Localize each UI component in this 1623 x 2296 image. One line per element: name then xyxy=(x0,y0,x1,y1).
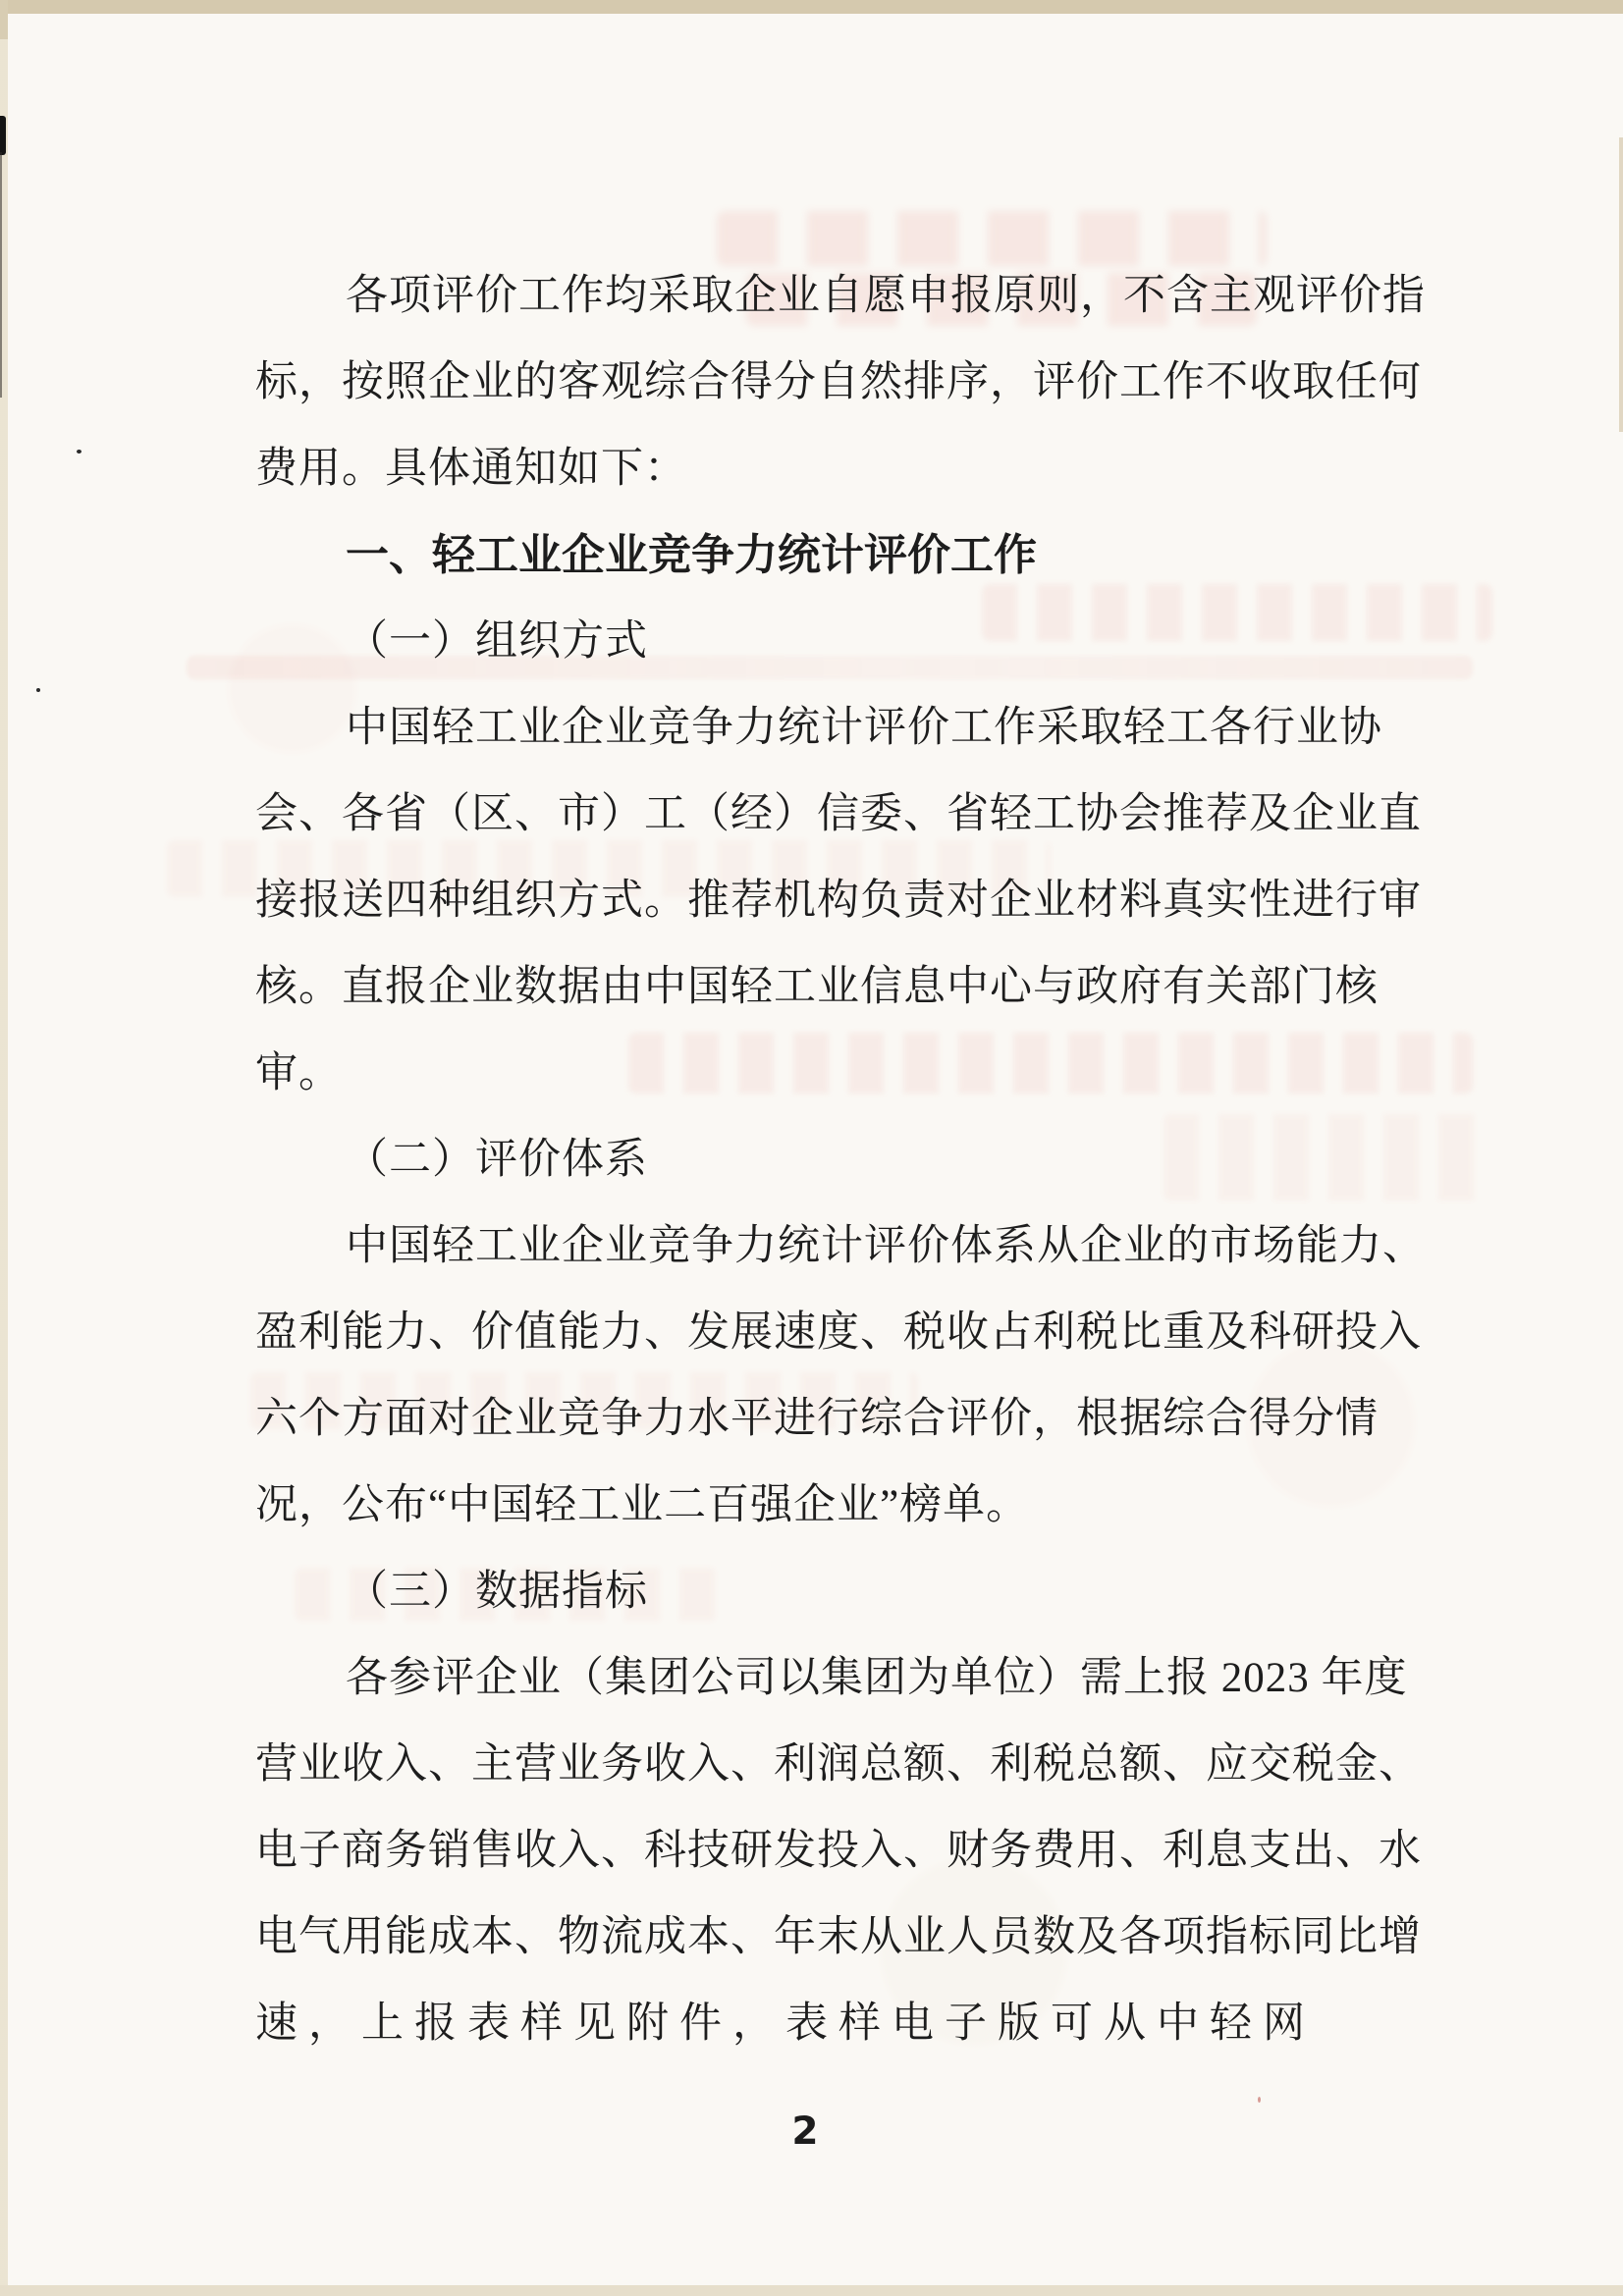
scan-edge-artifact-bottom xyxy=(0,2285,1623,2296)
doc-line: 电子商务销售收入、科技研发投入、财务费用、利息支出、水 xyxy=(255,1808,1389,1895)
doc-line: 六个方面对企业竞争力水平进行综合评价，根据综合得分情 xyxy=(255,1376,1389,1463)
doc-line: 中国轻工业企业竞争力统计评价体系从企业的市场能力、 xyxy=(255,1203,1389,1290)
subsection-heading: （三）数据指标 xyxy=(255,1549,1389,1635)
scan-edge-artifact-right xyxy=(1619,137,1623,432)
doc-line: 况，公布“中国轻工业二百强企业”榜单。 xyxy=(255,1463,1389,1549)
page-number: 2 xyxy=(746,2105,864,2160)
scan-edge-line-artifact xyxy=(0,152,2,398)
doc-line: 电气用能成本、物流成本、年末从业人员数及各项指标同比增 xyxy=(255,1895,1389,1981)
doc-line: 中国轻工业企业竞争力统计评价工作采取轻工各行业协 xyxy=(255,685,1389,772)
subsection-heading: （一）组织方式 xyxy=(255,599,1389,685)
doc-line: 会、各省（区、市）工（经）信委、省轻工协会推荐及企业直 xyxy=(255,772,1389,858)
doc-line: 各参评企业（集团公司以集团为单位）需上报 2023 年度 xyxy=(255,1635,1389,1722)
section-heading: 一、轻工业企业竞争力统计评价工作 xyxy=(255,512,1389,599)
scan-speck xyxy=(36,688,40,692)
doc-line: 速，上报表样见附件，表样电子版可从中轻网 xyxy=(255,1981,1389,2067)
scan-speck xyxy=(77,450,81,454)
doc-line: 费用。具体通知如下： xyxy=(255,426,1389,512)
doc-line: 盈利能力、价值能力、发展速度、税收占利税比重及科研投入 xyxy=(255,1290,1389,1376)
scan-ink-blob-artifact xyxy=(0,116,6,155)
doc-line: 标，按照企业的客观综合得分自然排序，评价工作不收取任何 xyxy=(255,340,1389,426)
doc-line: 核。直报企业数据由中国轻工业信息中心与政府有关部门核 xyxy=(255,944,1389,1031)
doc-line: 接报送四种组织方式。推荐机构负责对企业材料真实性进行审 xyxy=(255,858,1389,944)
doc-line: 审。 xyxy=(255,1031,1389,1117)
subsection-heading: （二）评价体系 xyxy=(255,1117,1389,1203)
scan-edge-artifact-top xyxy=(0,0,1623,14)
doc-line: 各项评价工作均采取企业自愿申报原则，不含主观评价指 xyxy=(255,253,1389,340)
doc-line: 营业收入、主营业务收入、利润总额、利税总额、应交税金、 xyxy=(255,1722,1389,1808)
scanned-document-page: 各项评价工作均采取企业自愿申报原则，不含主观评价指 标，按照企业的客观综合得分自… xyxy=(0,0,1623,2296)
document-text-block: 各项评价工作均采取企业自愿申报原则，不含主观评价指 标，按照企业的客观综合得分自… xyxy=(255,253,1389,2067)
scan-speck xyxy=(1258,2097,1261,2103)
